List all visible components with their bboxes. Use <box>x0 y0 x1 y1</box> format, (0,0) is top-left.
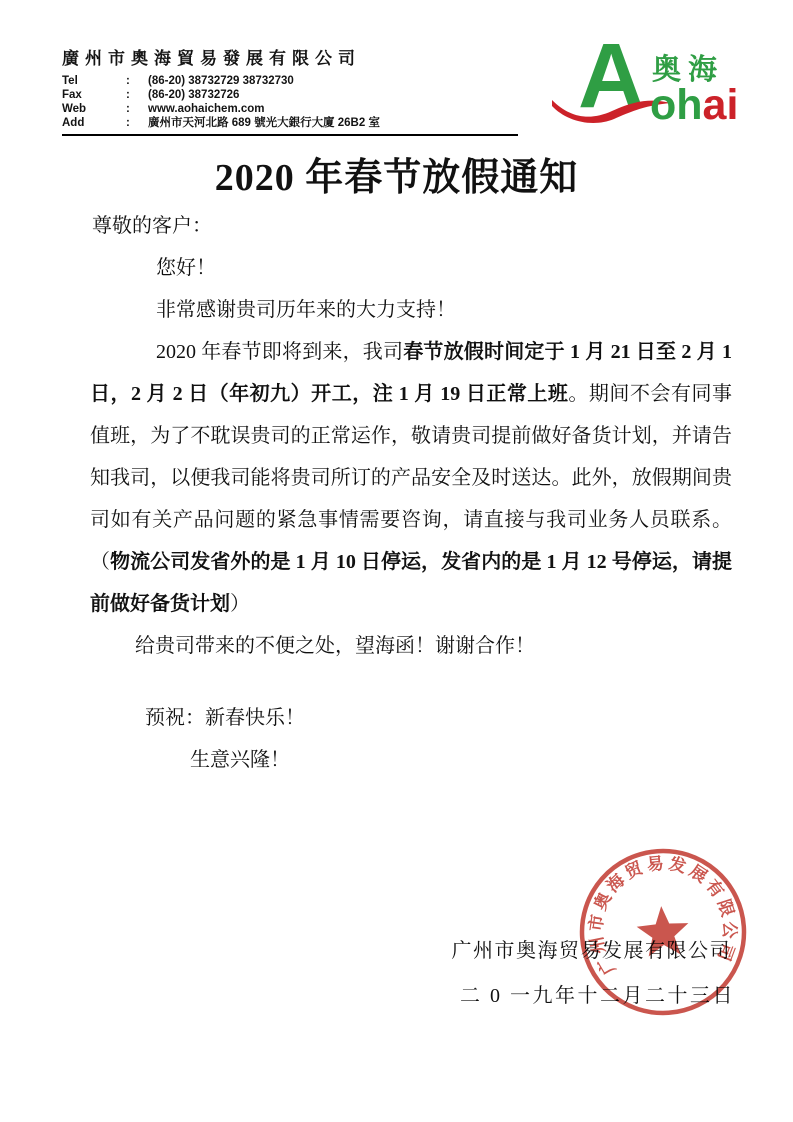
header-divider <box>62 134 518 136</box>
contact-row-web: Web : www.aohaichem.com <box>62 102 532 116</box>
signature-date: 二 0 一九年十二月二十三日 <box>460 979 735 1008</box>
logo-latin-text: ohai <box>650 84 738 127</box>
fax-label: Fax <box>62 88 126 102</box>
separator: : <box>126 116 148 130</box>
wishes-block: 预祝：新春快乐！ 生意兴隆！ <box>90 697 732 781</box>
contact-row-fax: Fax : (86-20) 38732726 <box>62 88 532 102</box>
aohai-logo: A 奥海 ohai <box>552 36 767 141</box>
web-label: Web <box>62 102 126 116</box>
notice-body: 尊敬的客户： 您好！ 非常感谢贵司历年来的大力支持！ 2020 年春节即将到来，… <box>90 205 732 781</box>
tel-label: Tel <box>62 74 126 88</box>
separator: : <box>126 74 148 88</box>
fax-value: (86-20) 38732726 <box>148 88 532 102</box>
contact-row-tel: Tel : (86-20) 38732729 38732730 <box>62 74 532 88</box>
normal-run: 2020 年春节即将到来，我司 <box>156 341 403 363</box>
document-title: 2020 年春节放假通知 <box>0 146 793 201</box>
bold-run: 物流公司发省外的是 1 月 10 日停运，发省内的是 1 月 12 号停运，请提… <box>90 551 732 615</box>
thanks-line: 非常感谢贵司历年来的大力支持！ <box>90 289 732 331</box>
wish-line-2: 生意兴隆！ <box>90 739 732 781</box>
wish-line-1: 预祝：新春快乐！ <box>90 697 732 739</box>
add-value: 廣州市天河北路 689 號光大銀行大廈 26B2 室 <box>148 116 532 130</box>
add-label: Add <box>62 116 126 130</box>
letterhead: 廣州市奧海貿易發展有限公司 Tel : (86-20) 38732729 387… <box>62 44 532 130</box>
normal-run: ） <box>230 593 250 615</box>
main-paragraph: 2020 年春节即将到来，我司春节放假时间定于 1 月 21 日至 2 月 1 … <box>90 331 732 625</box>
company-name: 廣州市奧海貿易發展有限公司 <box>62 44 532 69</box>
contact-row-add: Add : 廣州市天河北路 689 號光大銀行大廈 26B2 室 <box>62 116 532 130</box>
contact-info: Tel : (86-20) 38732729 38732730 Fax : (8… <box>62 74 532 130</box>
signature-company: 广州市奥海贸易发展有限公司 <box>452 934 732 963</box>
separator: : <box>126 88 148 102</box>
logo-latin-green: oh <box>650 81 703 129</box>
apology-line: 给贵司带来的不便之处，望海函！谢谢合作！ <box>90 625 732 667</box>
salutation: 尊敬的客户： <box>90 205 732 247</box>
greeting-line: 您好！ <box>90 247 732 289</box>
web-value: www.aohaichem.com <box>148 102 532 116</box>
notice-document-page: 廣州市奧海貿易發展有限公司 Tel : (86-20) 38732729 387… <box>0 0 793 1122</box>
tel-value: (86-20) 38732729 38732730 <box>148 74 532 88</box>
separator: : <box>126 102 148 116</box>
normal-run: 。期间不会有同事值班，为了不耽误贵司的正常运作，敬请贵司提前做好备货计划，并请告… <box>90 383 732 573</box>
logo-latin-red: ai <box>703 81 739 129</box>
